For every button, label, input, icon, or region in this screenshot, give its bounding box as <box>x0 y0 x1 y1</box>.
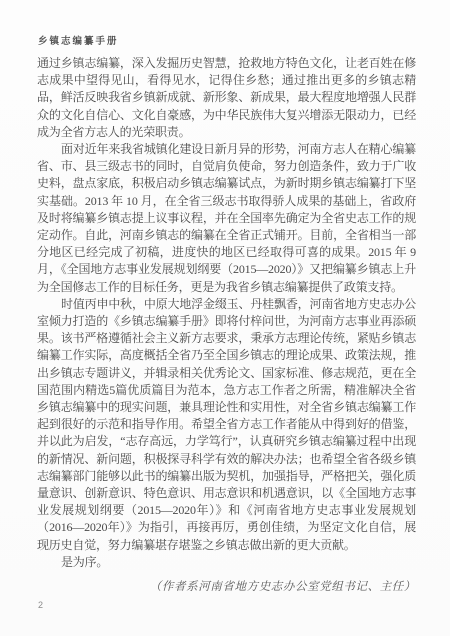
running-header: 乡镇志编纂手册 <box>38 33 119 47</box>
author-byline: （作者系河南省地方史志办公室党组书记、主任） <box>37 579 416 596</box>
preface-body: 通过乡镇志编纂，深入发掘历史智慧，抢救地方特色文化，让老百姓在修志成果中望得见山… <box>37 55 416 596</box>
paragraph-4-closing: 是为序。 <box>37 554 416 571</box>
paragraph-3: 时值丙申中秋，中原大地浮金缀玉、丹桂飘香，河南省地方史志办公室倾力打造的《乡镇志… <box>37 296 416 554</box>
book-page: 乡镇志编纂手册 通过乡镇志编纂，深入发掘历史智慧，抢救地方特色文化，让老百姓在修… <box>0 0 450 636</box>
page-number: 2 <box>38 600 43 610</box>
paragraph-1: 通过乡镇志编纂，深入发掘历史智慧，抢救地方特色文化，让老百姓在修志成果中望得见山… <box>37 55 416 141</box>
paragraph-2: 面对近年来我省城镇化建设日新月异的形势，河南方志人在精心编纂省、市、县三级志书的… <box>37 141 416 296</box>
